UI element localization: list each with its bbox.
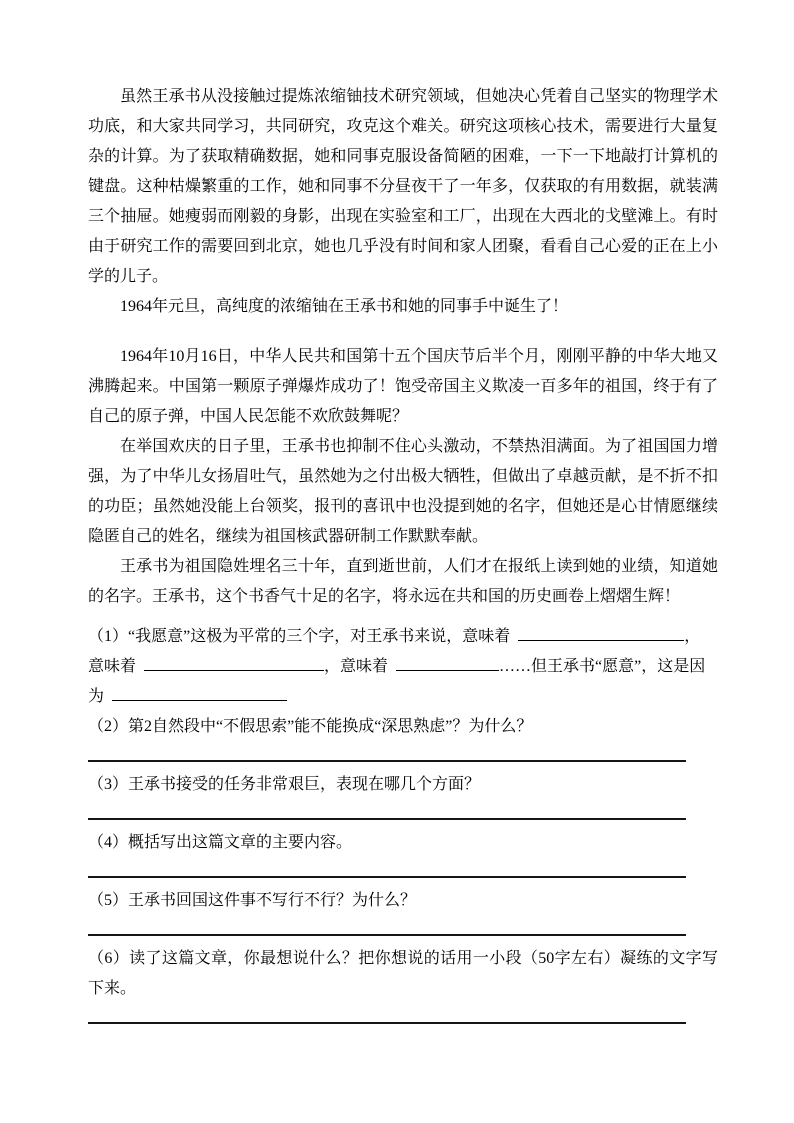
article-section: 虽然王承书从没接触过提炼浓缩铀技术研究领域，但她决心凭着自己坚实的物理学术功底，… (88, 82, 718, 612)
question-1-line-3: 为 (88, 682, 718, 712)
answer-line (88, 934, 686, 936)
article-paragraph-1: 虽然王承书从没接触过提炼浓缩铀技术研究领域，但她决心凭着自己坚实的物理学术功底，… (88, 82, 718, 292)
question-1-text: ……但王承书“愿意”，这是因 (499, 658, 705, 675)
article-paragraph-2: 1964年元旦，高纯度的浓缩铀在王承书和她的同事手中诞生了！ (88, 292, 718, 322)
answer-line (88, 876, 686, 878)
question-2-text: （2）第2自然段中“不假思索”能不能换成“深思熟虑”？为什么？ (88, 712, 718, 742)
question-1-text: ， (684, 628, 700, 645)
question-1-line-1: （1）“我愿意”这极为平常的三个字，对王承书来说，意味着， (88, 622, 718, 652)
answer-blank (112, 685, 287, 701)
questions-section: （1）“我愿意”这极为平常的三个字，对王承书来说，意味着， 意味着，意味着……但… (88, 622, 718, 1024)
question-1-text: 意味着 (88, 658, 136, 675)
answer-line (88, 818, 686, 820)
question-2: （2）第2自然段中“不假思索”能不能换成“深思熟虑”？为什么？ (88, 712, 718, 762)
question-4: （4）概括写出这篇文章的主要内容。 (88, 828, 718, 878)
answer-blank (396, 655, 499, 671)
answer-line (88, 760, 686, 762)
question-1-text: ，意味着 (324, 658, 388, 675)
answer-line (88, 1022, 686, 1024)
article-paragraph-3: 1964年10月16日，中华人民共和国第十五个国庆节后半个月，刚刚平静的中华大地… (88, 342, 718, 432)
question-1: （1）“我愿意”这极为平常的三个字，对王承书来说，意味着， 意味着，意味着……但… (88, 622, 718, 712)
question-1-text: 为 (88, 688, 104, 705)
question-4-text: （4）概括写出这篇文章的主要内容。 (88, 828, 718, 858)
question-1-text: （1）“我愿意”这极为平常的三个字，对王承书来说，意味着 (88, 628, 510, 645)
question-5-text: （5）王承书回国这件事不写行不行？为什么？ (88, 886, 718, 916)
question-3: （3）王承书接受的任务非常艰巨，表现在哪几个方面？ (88, 770, 718, 820)
question-5: （5）王承书回国这件事不写行不行？为什么？ (88, 886, 718, 936)
question-1-line-2: 意味着，意味着……但王承书“愿意”，这是因 (88, 652, 718, 682)
document-page: 虽然王承书从没接触过提炼浓缩铀技术研究领域，但她决心凭着自己坚实的物理学术功底，… (88, 82, 718, 1032)
question-6: （6）读了这篇文章，你最想说什么？把你想说的话用一小段（50字左右）凝练的文字写… (88, 944, 718, 1024)
question-6-text: （6）读了这篇文章，你最想说什么？把你想说的话用一小段（50字左右）凝练的文字写… (88, 944, 718, 1004)
article-paragraph-4: 在举国欢庆的日子里，王承书也抑制不住心头激动，不禁热泪满面。为了祖国国力增强，为… (88, 432, 718, 552)
answer-blank (144, 655, 324, 671)
answer-blank (518, 625, 684, 641)
question-3-text: （3）王承书接受的任务非常艰巨，表现在哪几个方面？ (88, 770, 718, 800)
article-paragraph-5: 王承书为祖国隐姓埋名三十年，直到逝世前，人们才在报纸上读到她的业绩，知道她的名字… (88, 552, 718, 612)
